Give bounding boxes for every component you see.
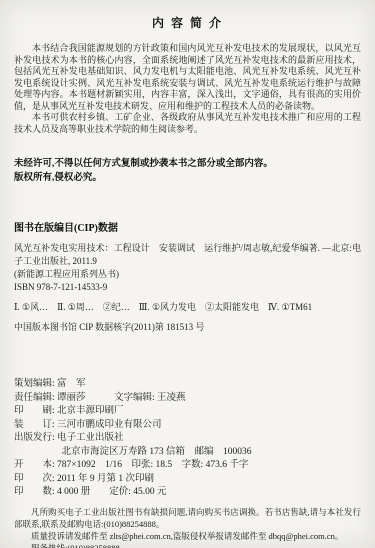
colophon-row-format: 开 本: 787×1092 1/16 印张: 18.5 字数: 473.6 千字: [14, 459, 361, 473]
colophon-row-publisher-address: 北京市海淀区万寿路 173 信箱 邮编 100036: [14, 446, 361, 460]
colophon-row-publisher: 出版发行: 电子工业出版社: [14, 432, 361, 446]
cip-classification: Ⅰ. ①风… Ⅱ. ①周… ②纪… Ⅲ. ①风力发电 ②太阳能发电 Ⅳ. ①TM…: [14, 301, 361, 314]
cip-entry: 风光互补发电实用技术：工程设计 安装调试 运行维护/周志敏,纪爱华编著. —北京…: [14, 242, 361, 268]
colophon-row-planning-editor: 策划编辑: 富 军: [14, 378, 361, 392]
intro-paragraph-2: 本书可供农村乡镇、工矿企业、各级政府从事风光互补发电技术推广和应用的工程技术人员…: [14, 112, 361, 135]
book-copyright-page: 内 容 简 介 本书结合我国能源规划的方针政策和国内风光互补发电技术的发展现状，…: [0, 0, 375, 548]
section-title: 内 容 简 介: [14, 14, 361, 31]
colophon-row-copies-price: 印 数: 4 000 册 定价: 45.00 元: [14, 486, 361, 500]
cip-isbn: ISBN 978-7-121-14533-9: [14, 281, 361, 294]
colophon-row-responsible-editor: 责任编辑: 谭丽莎 文字编辑: 王凌燕: [14, 392, 361, 406]
colophon-row-binding: 装 订: 三河市鹏成印业有限公司: [14, 419, 361, 433]
all-rights-reserved-notice: 版权所有,侵权必究。: [14, 171, 361, 185]
service-hotline-note: 服务热线:(010)88258888。: [14, 542, 361, 548]
no-copy-notice: 未经许可,不得以任何方式复制或抄袭本书之部分或全部内容。: [14, 157, 361, 171]
service-notes-block: 凡所购买电子工业出版社图书有缺损问题,请向购买书店调换。若书店售缺,请与本社发行…: [14, 506, 361, 548]
cip-heading: 图书在版编目(CIP)数据: [14, 219, 361, 234]
cip-record-number: 中国版本图书馆 CIP 数据核字(2011)第 181513 号: [14, 321, 361, 334]
colophon-block: 策划编辑: 富 军 责任编辑: 谭丽莎 文字编辑: 王凌燕 印 刷: 北京丰源印…: [14, 378, 361, 500]
intro-paragraph-1: 本书结合我国能源规划的方针政策和国内风光互补发电技术的发展现状，以风光互补发电技…: [14, 43, 361, 112]
exchange-note: 凡所购买电子工业出版社图书有缺损问题,请向购买书店调换。若书店售缺,请与本社发行…: [14, 506, 361, 530]
colophon-row-printer: 印 刷: 北京丰源印刷厂: [14, 405, 361, 419]
colophon-row-print-run-date: 印 次: 2011 年 9 月第 1 次印刷: [14, 473, 361, 487]
copyright-notice-block: 未经许可,不得以任何方式复制或抄袭本书之部分或全部内容。 版权所有,侵权必究。: [14, 157, 361, 185]
cip-series: (新能源工程应用系列丛书): [14, 268, 361, 281]
complaint-email-note: 质量投诉请发邮件至 zlts@phei.com.cn,盗版侵权举报请发邮件至 d…: [14, 530, 361, 542]
